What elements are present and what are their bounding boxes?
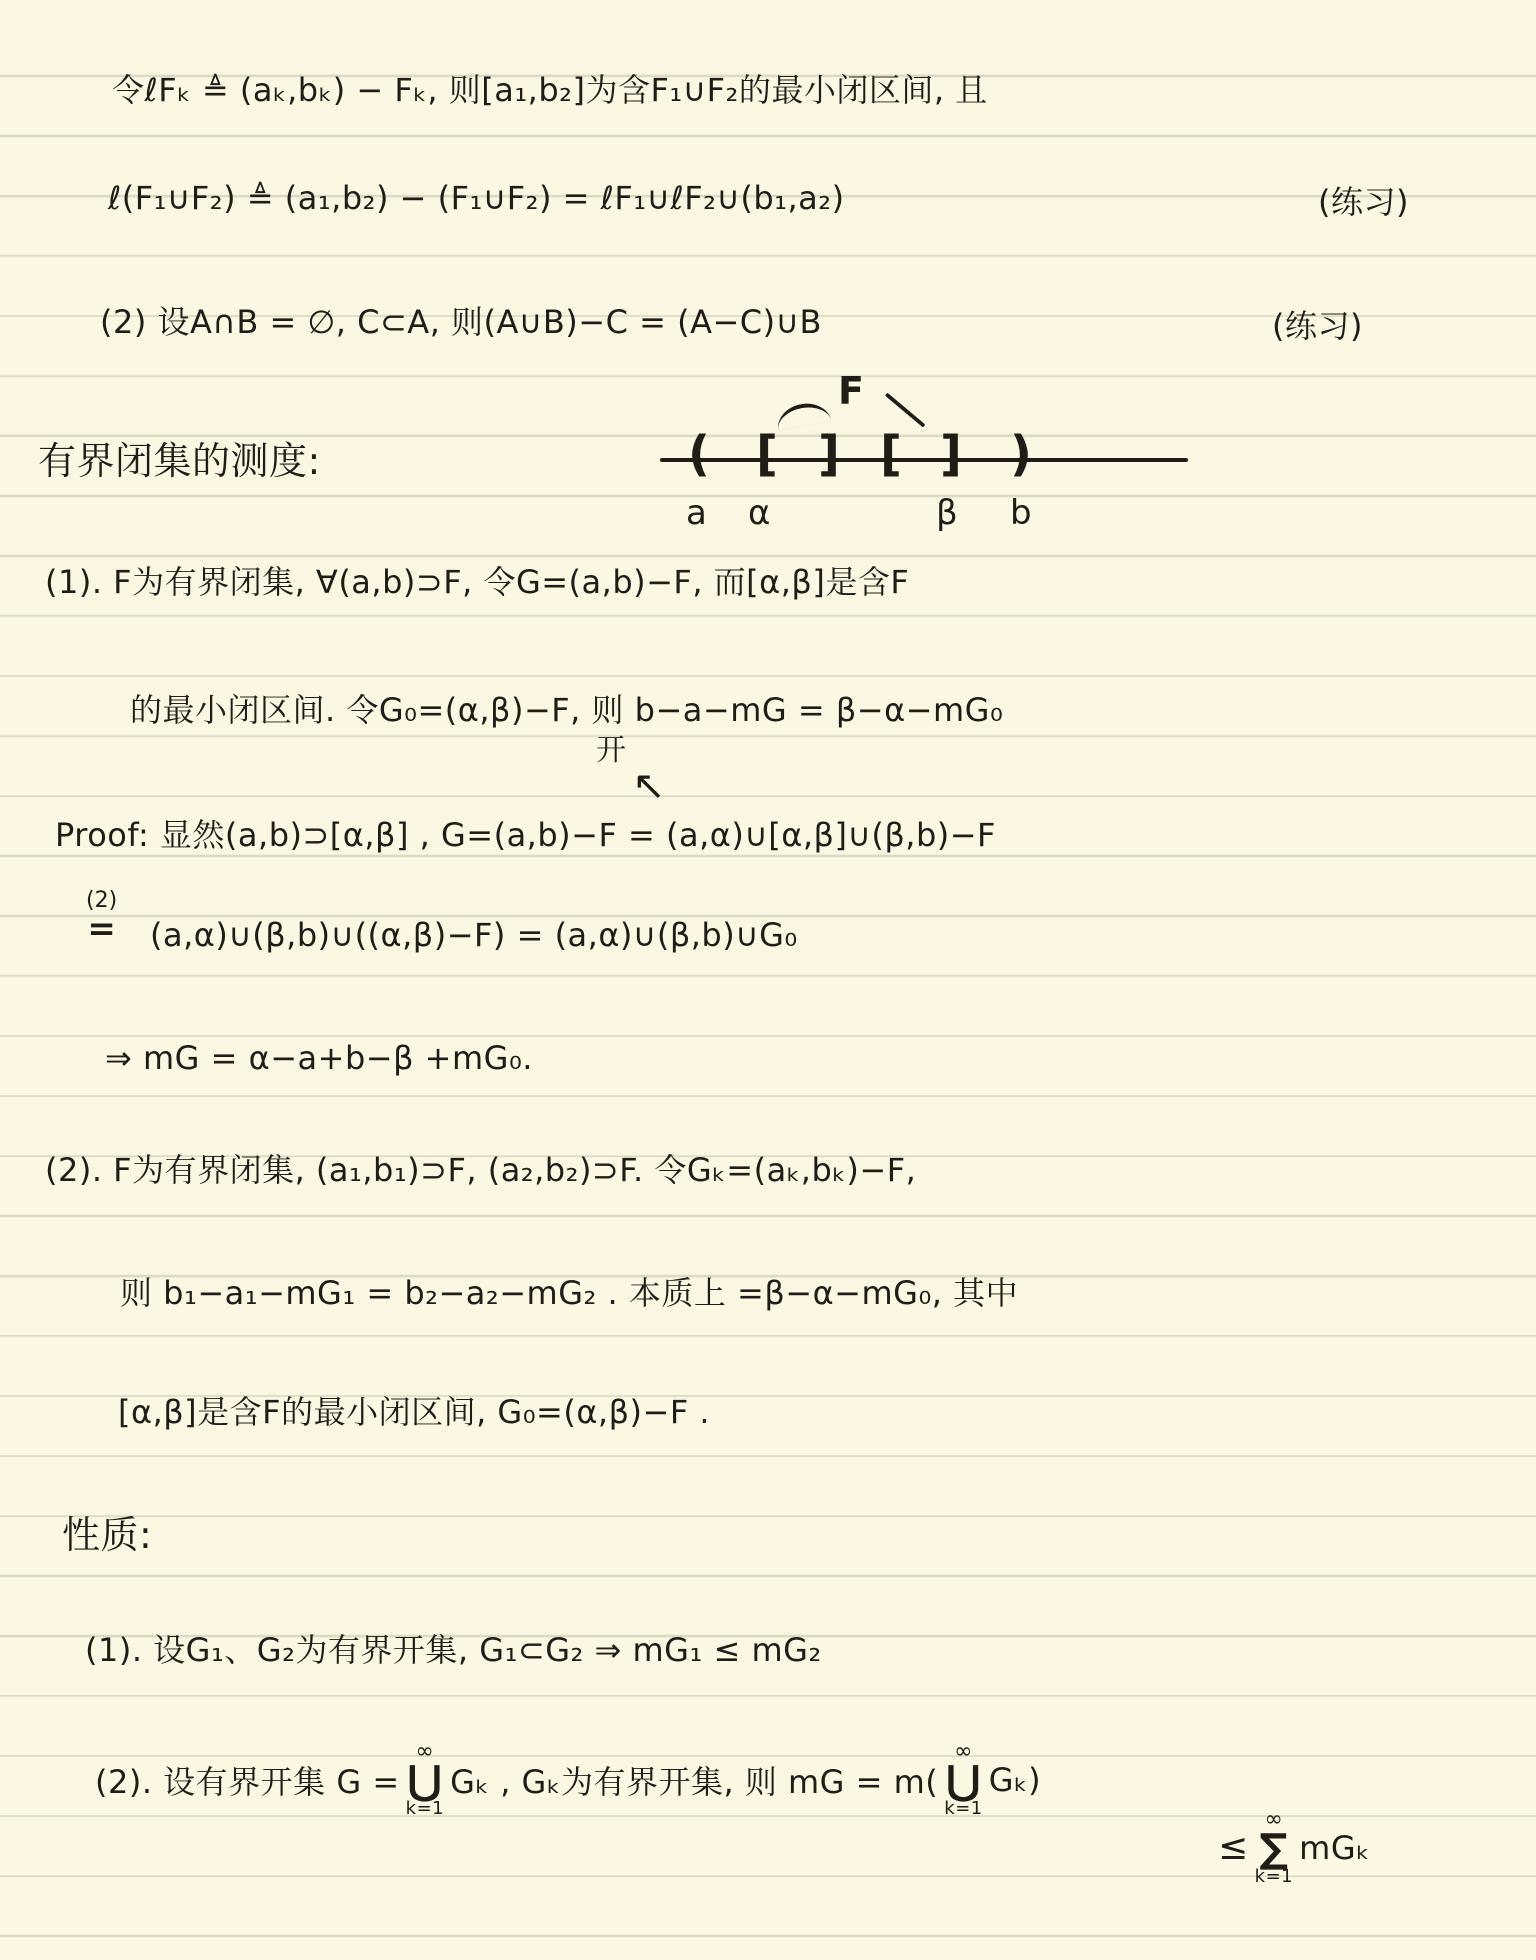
item2-line3: [α,β]是含F的最小闭区间, G₀=(α,β)−F .: [118, 1392, 710, 1432]
close-paren-mark: ): [1010, 430, 1032, 478]
union2-lower-limit: k=1: [944, 1800, 982, 1818]
sum-term-text: mGₖ: [1299, 1829, 1370, 1867]
point-label-b: b: [1010, 496, 1032, 530]
union1-lower-limit: k=1: [406, 1800, 444, 1818]
sum-lower-limit: k=1: [1255, 1868, 1293, 1886]
property2-post-text: Gₖ): [989, 1761, 1041, 1799]
left-bracket-mark-2: [: [880, 430, 902, 478]
proof-line1: Proof: 显然(a,b)⊃[α,β] , G=(a,b)−F = (a,α)…: [55, 815, 996, 855]
item2-line1: (2). F为有界闭集, (a₁,b₁)⊃F, (a₂,b₂)⊃F. 令Gₖ=(…: [45, 1150, 916, 1190]
item2-line2: 则 b₁−a₁−mG₁ = b₂−a₂−mG₂ . 本质上 =β−α−mG₀, …: [120, 1273, 1018, 1313]
property2-subadditivity: ≤ ∞ ∑ k=1 mGₖ: [1218, 1810, 1370, 1886]
item1-line1: (1). F为有界闭集, ∀(a,b)⊃F, 令G=(a,b)−F, 而[α,β…: [45, 562, 909, 602]
diagram-f-label: F: [838, 368, 864, 416]
item1-line2: 的最小闭区间. 令G₀=(α,β)−F, 则 b−a−mG = β−α−mG₀: [130, 690, 1003, 730]
left-bracket-mark-1: [: [756, 430, 778, 478]
properties-title: 性质:: [62, 1512, 152, 1560]
union-operator-1: ∞ ⋃ k=1: [406, 1742, 444, 1818]
handwritten-notes-page: 令ℓFₖ ≜ (aₖ,bₖ) − Fₖ, 则[a₁,b₂]为含F₁∪F₂的最小闭…: [0, 0, 1536, 1960]
point-label-alpha: α: [748, 496, 770, 530]
note-line-complement-def: 令ℓFₖ ≜ (aₖ,bₖ) − Fₖ, 则[a₁,b₂]为含F₁∪F₂的最小闭…: [112, 70, 988, 110]
open-interval-annotation: 开: [596, 736, 626, 766]
sum-operator: ∞ ∑ k=1: [1255, 1810, 1293, 1886]
practice-tag-1: (练习): [1318, 182, 1409, 222]
practice-tag-2: (练习): [1272, 306, 1363, 346]
right-bracket-mark-1: ]: [818, 430, 840, 478]
point-label-beta: β: [936, 496, 958, 530]
equals-by-step2: (2) =: [86, 890, 117, 946]
property2-pre-text: (2). 设有界开集 G =: [95, 1757, 400, 1803]
proof-line2: (a,α)∪(β,b)∪((α,β)−F) = (a,α)∪(β,b)∪G₀: [150, 915, 798, 955]
number-line: [660, 458, 1188, 462]
union-operator-2: ∞ ⋃ k=1: [944, 1742, 982, 1818]
section-title-measure-of-closed-sets: 有界闭集的测度:: [38, 438, 321, 486]
point-label-a: a: [686, 496, 707, 530]
equals-sign: =: [87, 912, 116, 946]
less-equal-sign: ≤: [1218, 1827, 1249, 1868]
f-pointer-right-stroke-icon: [885, 392, 926, 427]
note-line-set-identity: (2) 设A∩B = ∅, C⊂A, 则(A∪B)−C = (A−C)∪B: [100, 302, 822, 342]
union1-symbol: ⋃: [408, 1762, 442, 1800]
proof-conclusion: ⇒ mG = α−a+b−β +mG₀.: [105, 1038, 533, 1078]
property2-line: (2). 设有界开集 G = ∞ ⋃ k=1 Gₖ , Gₖ为有界开集, 则 m…: [95, 1742, 1041, 1818]
property1-line: (1). 设G₁、G₂为有界开集, G₁⊂G₂ ⇒ mG₁ ≤ mG₂: [85, 1630, 822, 1670]
union2-symbol: ⋃: [946, 1762, 980, 1800]
note-line-union-complement: ℓ(F₁∪F₂) ≜ (a₁,b₂) − (F₁∪F₂) = ℓF₁∪ℓF₂∪(…: [108, 178, 845, 218]
open-paren-mark: (: [688, 430, 710, 478]
right-bracket-mark-2: ]: [940, 430, 962, 478]
up-left-arrow-icon: ↖: [632, 766, 666, 806]
property2-mid-text: Gₖ , Gₖ为有界开集, 则 mG = m(: [450, 1757, 938, 1803]
sum-symbol: ∑: [1259, 1830, 1288, 1868]
